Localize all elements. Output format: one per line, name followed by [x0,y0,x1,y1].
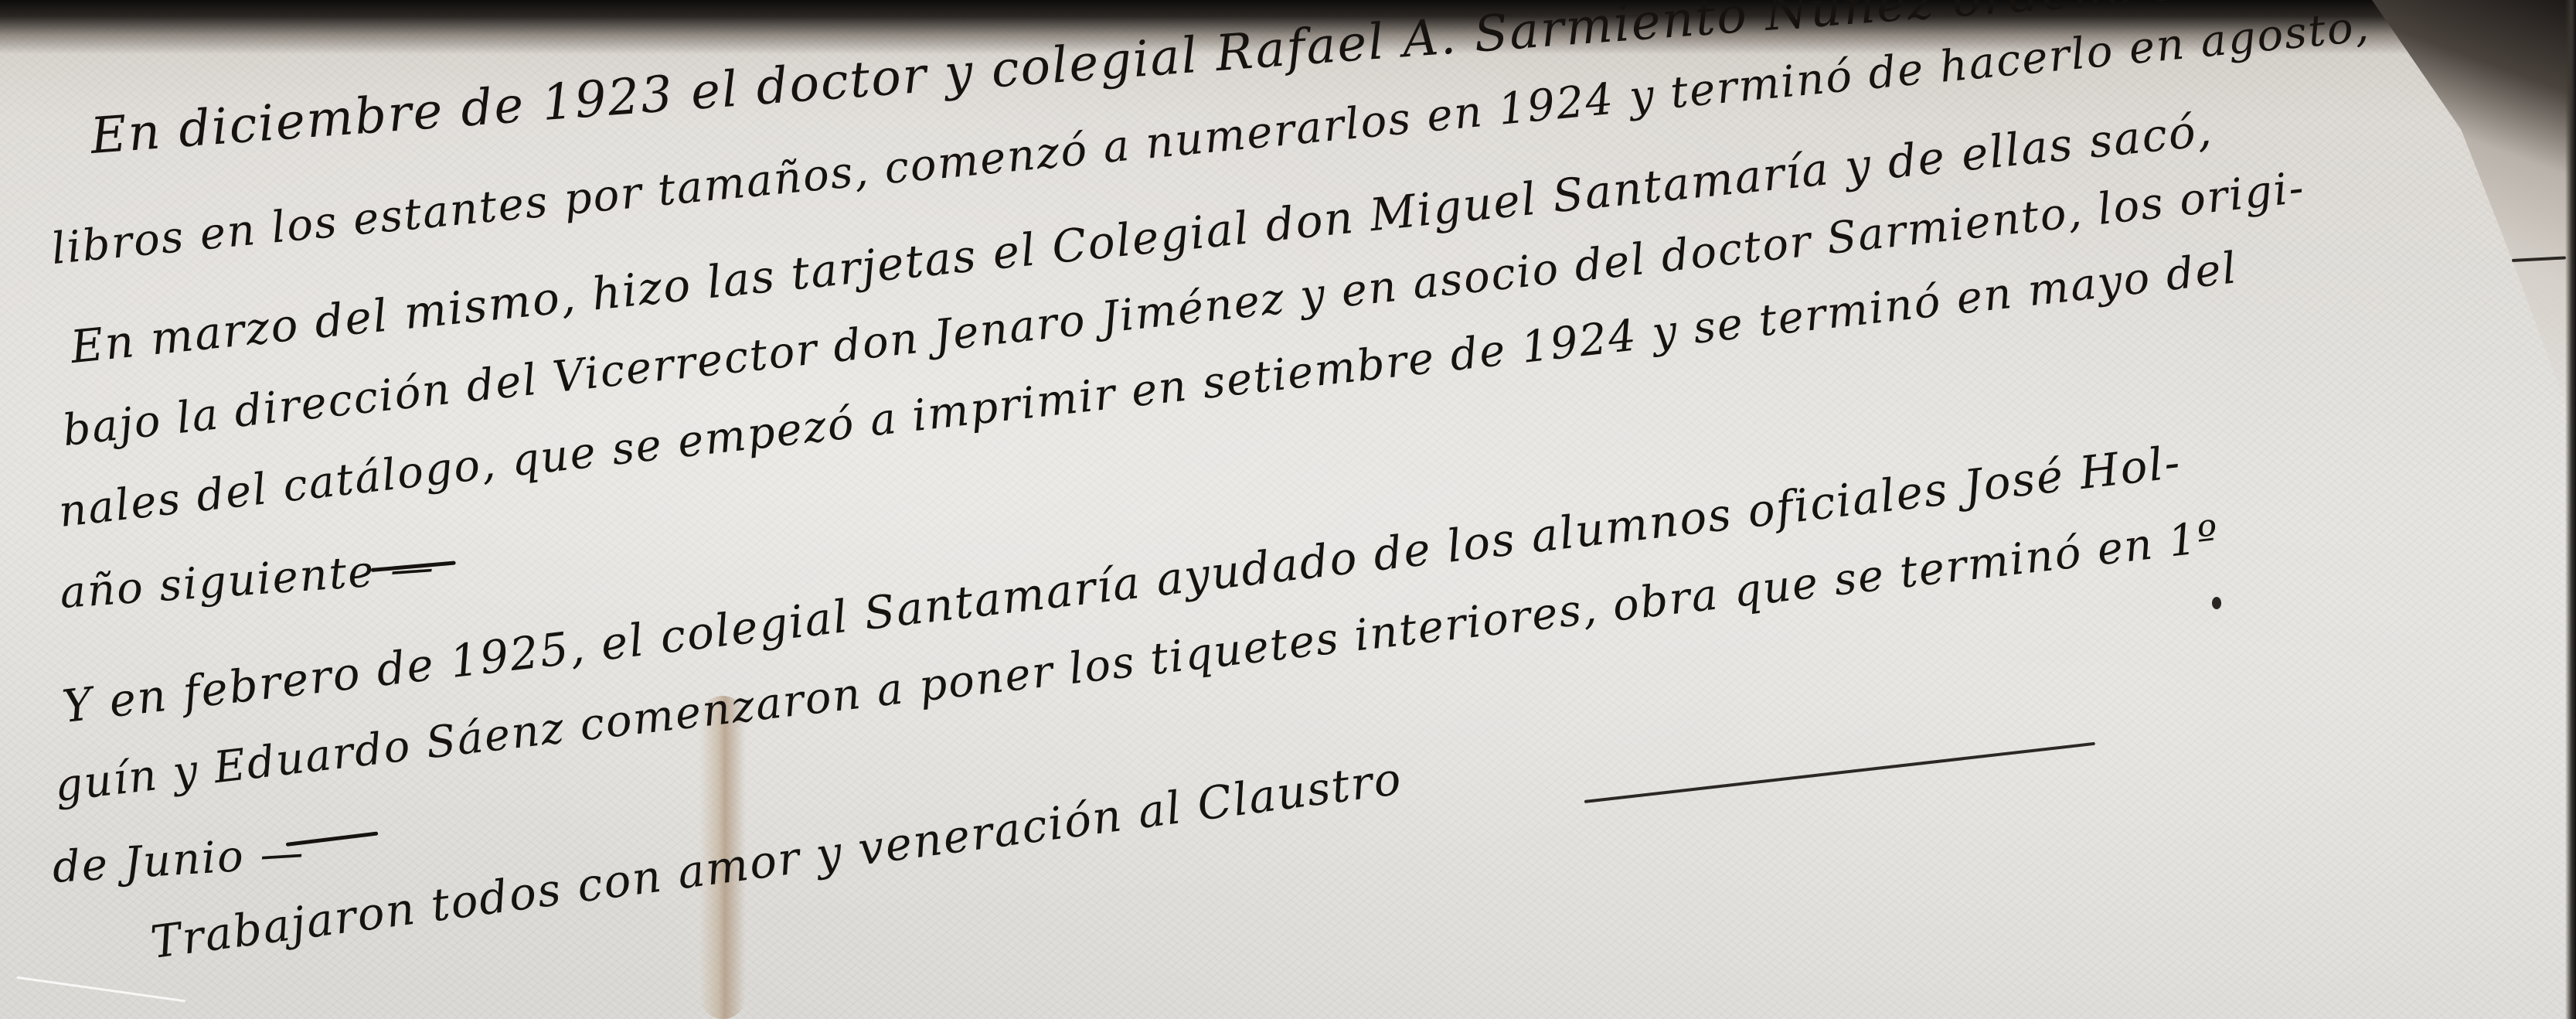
ink-blot [2212,597,2221,609]
right-edge-shadow [2565,0,2576,1019]
